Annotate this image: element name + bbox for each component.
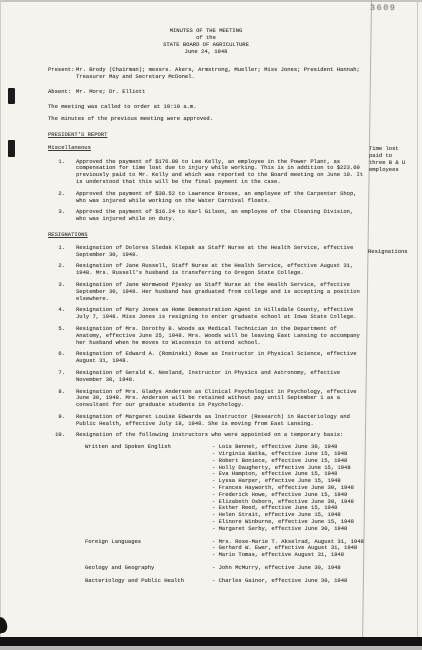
appointment-entry: - Margaret Serby, effective June 30, 194… (212, 526, 364, 533)
item-text: Approved the payment of $16.24 to Karl G… (76, 209, 364, 223)
appointment-entries: - Mrs. Rose-Marie T. Akselrad, August 31… (212, 539, 364, 559)
minutes-approved-line: The minutes of the previous meeting were… (48, 116, 364, 123)
resignation-item: 2. Resignation of Jane Russell, Staff Nu… (48, 263, 364, 277)
item-number: 1. (48, 245, 65, 259)
appointment-entries: - Lois Bennet, effective June 30, 1948- … (212, 444, 364, 532)
resignation-item: 1. Resignation of Dolores Sledak Klepak … (48, 245, 364, 259)
item-number: 9. (48, 414, 65, 428)
item-text: Resignation of Jane Wormwood Pjesky as S… (76, 282, 364, 302)
item-number: 2. (48, 263, 65, 277)
resignation-item: 5. Resignation of Mrs. Dorothy B. Woods … (48, 326, 364, 346)
appointment-group-foreign-languages: Foreign Languages - Mrs. Rose-Marie T. A… (48, 539, 364, 559)
called-to-order-line: The meeting was called to order at 10:10… (48, 104, 364, 111)
item-text: Resignation of Mary Jones as Home Demons… (76, 307, 364, 321)
scan-corner-blot (0, 616, 9, 634)
report-item: 2. Approved the payment of $38.52 to Law… (48, 191, 364, 205)
appointment-group-english: Written and Spoken English - Lois Bennet… (48, 444, 364, 532)
item-number: 3. (48, 209, 65, 223)
binding-mark-top (8, 88, 15, 104)
margin-note-time-lost: Time lost paid to three B & U employees (369, 146, 419, 174)
resignations-heading: RESIGNATIONS (48, 232, 364, 239)
appointment-entry: - Mario Tomas, effective August 31, 1948 (212, 552, 364, 559)
attendance-present-row: Present: Mr. Brody (Chairman); messrs. A… (48, 67, 364, 81)
appointment-category: Geology and Geography (85, 565, 212, 572)
item-number: 7. (48, 370, 65, 384)
item-number: 2. (48, 191, 65, 205)
item-text: Approved the payment of $38.52 to Lawren… (76, 191, 364, 205)
item-number: 4. (48, 307, 65, 321)
appointment-entries: - Charles Gainor, effective June 30, 194… (212, 578, 364, 585)
resignation-item: 4. Resignation of Mary Jones as Home Dem… (48, 307, 364, 321)
resignation-item: 9. Resignation of Margaret Louise Edward… (48, 414, 364, 428)
resignation-item: 6. Resignation of Edward A. (Rominski) R… (48, 351, 364, 365)
item-number: 5. (48, 326, 65, 346)
presidents-report-items: 1. Approved the payment of $176.80 to Le… (48, 159, 364, 223)
document-scan: 3609 Time lost paid to three B & U emplo… (0, 0, 422, 650)
item-text: Resignation of Gerald K. Neeland, Instru… (76, 370, 364, 384)
absent-names: Mr. More; Dr. Elliott (76, 89, 364, 96)
item-text: Resignation of Dolores Sledak Klepak as … (76, 245, 364, 259)
scan-top-edge (0, 0, 422, 2)
title-line-2: of the (48, 34, 364, 41)
appointment-entry: - John McMurry, effective June 30, 1948 (212, 565, 364, 572)
resignation-items: 1. Resignation of Dolores Sledak Klepak … (48, 245, 364, 440)
item-text: Resignation of Margaret Louise Edwards a… (76, 414, 364, 428)
item-text: Approved the payment of $176.80 to Lee K… (76, 159, 364, 186)
item-number: 8. (48, 389, 65, 409)
report-item: 1. Approved the payment of $176.80 to Le… (48, 159, 364, 186)
item-number: 1. (48, 159, 65, 186)
absent-label: Absent: (48, 89, 76, 96)
scan-bottom-bar (0, 637, 422, 646)
appointment-entry: - Charles Gainor, effective June 30, 194… (212, 578, 364, 585)
title-line-1: MINUTES OF THE MEETING (48, 27, 364, 34)
item-number: 3. (48, 282, 65, 302)
present-names: Mr. Brody (Chairman); messrs. Akers, Arm… (76, 67, 364, 81)
item-number: 6. (48, 351, 65, 365)
attendance-absent-row: Absent: Mr. More; Dr. Elliott (48, 89, 364, 96)
resignation-item: 7. Resignation of Gerald K. Neeland, Ins… (48, 370, 364, 384)
document-title-block: MINUTES OF THE MEETING of the STATE BOAR… (48, 27, 364, 55)
resignation-item: 8. Resignation of Mrs. Gladys Anderson a… (48, 389, 364, 409)
present-label: Present: (48, 67, 76, 81)
appointment-category: Foreign Languages (85, 539, 212, 559)
item-text: Resignation of Jane Russell, Staff Nurse… (76, 263, 364, 277)
item-text: Resignation of Edward A. (Rominski) Rowe… (76, 351, 364, 365)
resignation-item: 3. Resignation of Jane Wormwood Pjesky a… (48, 282, 364, 302)
title-line-4: June 24, 1948 (48, 48, 364, 55)
item-text: Resignation of Mrs. Gladys Anderson as C… (76, 389, 364, 409)
resignation-item: 10. Resignation of the following instruc… (48, 432, 364, 439)
scan-right-edge-line (417, 0, 418, 650)
presidents-report-heading: PRESIDENT'S REPORT (48, 132, 364, 139)
scan-below-bar (0, 646, 422, 650)
item-text: Resignation of Mrs. Dorothy B. Woods as … (76, 326, 364, 346)
item-text: Resignation of the following instructors… (76, 432, 364, 439)
margin-note-resignations: Resignations (368, 249, 418, 256)
title-line-3: STATE BOARD OF AGRICULTURE (48, 41, 364, 48)
miscellaneous-subheading: Miscellaneous (48, 145, 364, 152)
appointment-category: Written and Spoken English (85, 444, 212, 532)
appointment-entries: - John McMurry, effective June 30, 1948 (212, 565, 364, 572)
page-number-stamp: 3609 (370, 5, 396, 12)
item-number: 10. (48, 432, 65, 439)
report-item: 3. Approved the payment of $16.24 to Kar… (48, 209, 364, 223)
scan-left-edge (0, 0, 1, 650)
document-body: MINUTES OF THE MEETING of the STATE BOAR… (48, 27, 364, 591)
appointment-category: Bacteriology and Public Health (85, 578, 212, 585)
appointment-group-bacteriology: Bacteriology and Public Health - Charles… (48, 578, 364, 585)
binding-mark-bottom (8, 140, 15, 157)
appointment-group-geology: Geology and Geography - John McMurry, ef… (48, 565, 364, 572)
